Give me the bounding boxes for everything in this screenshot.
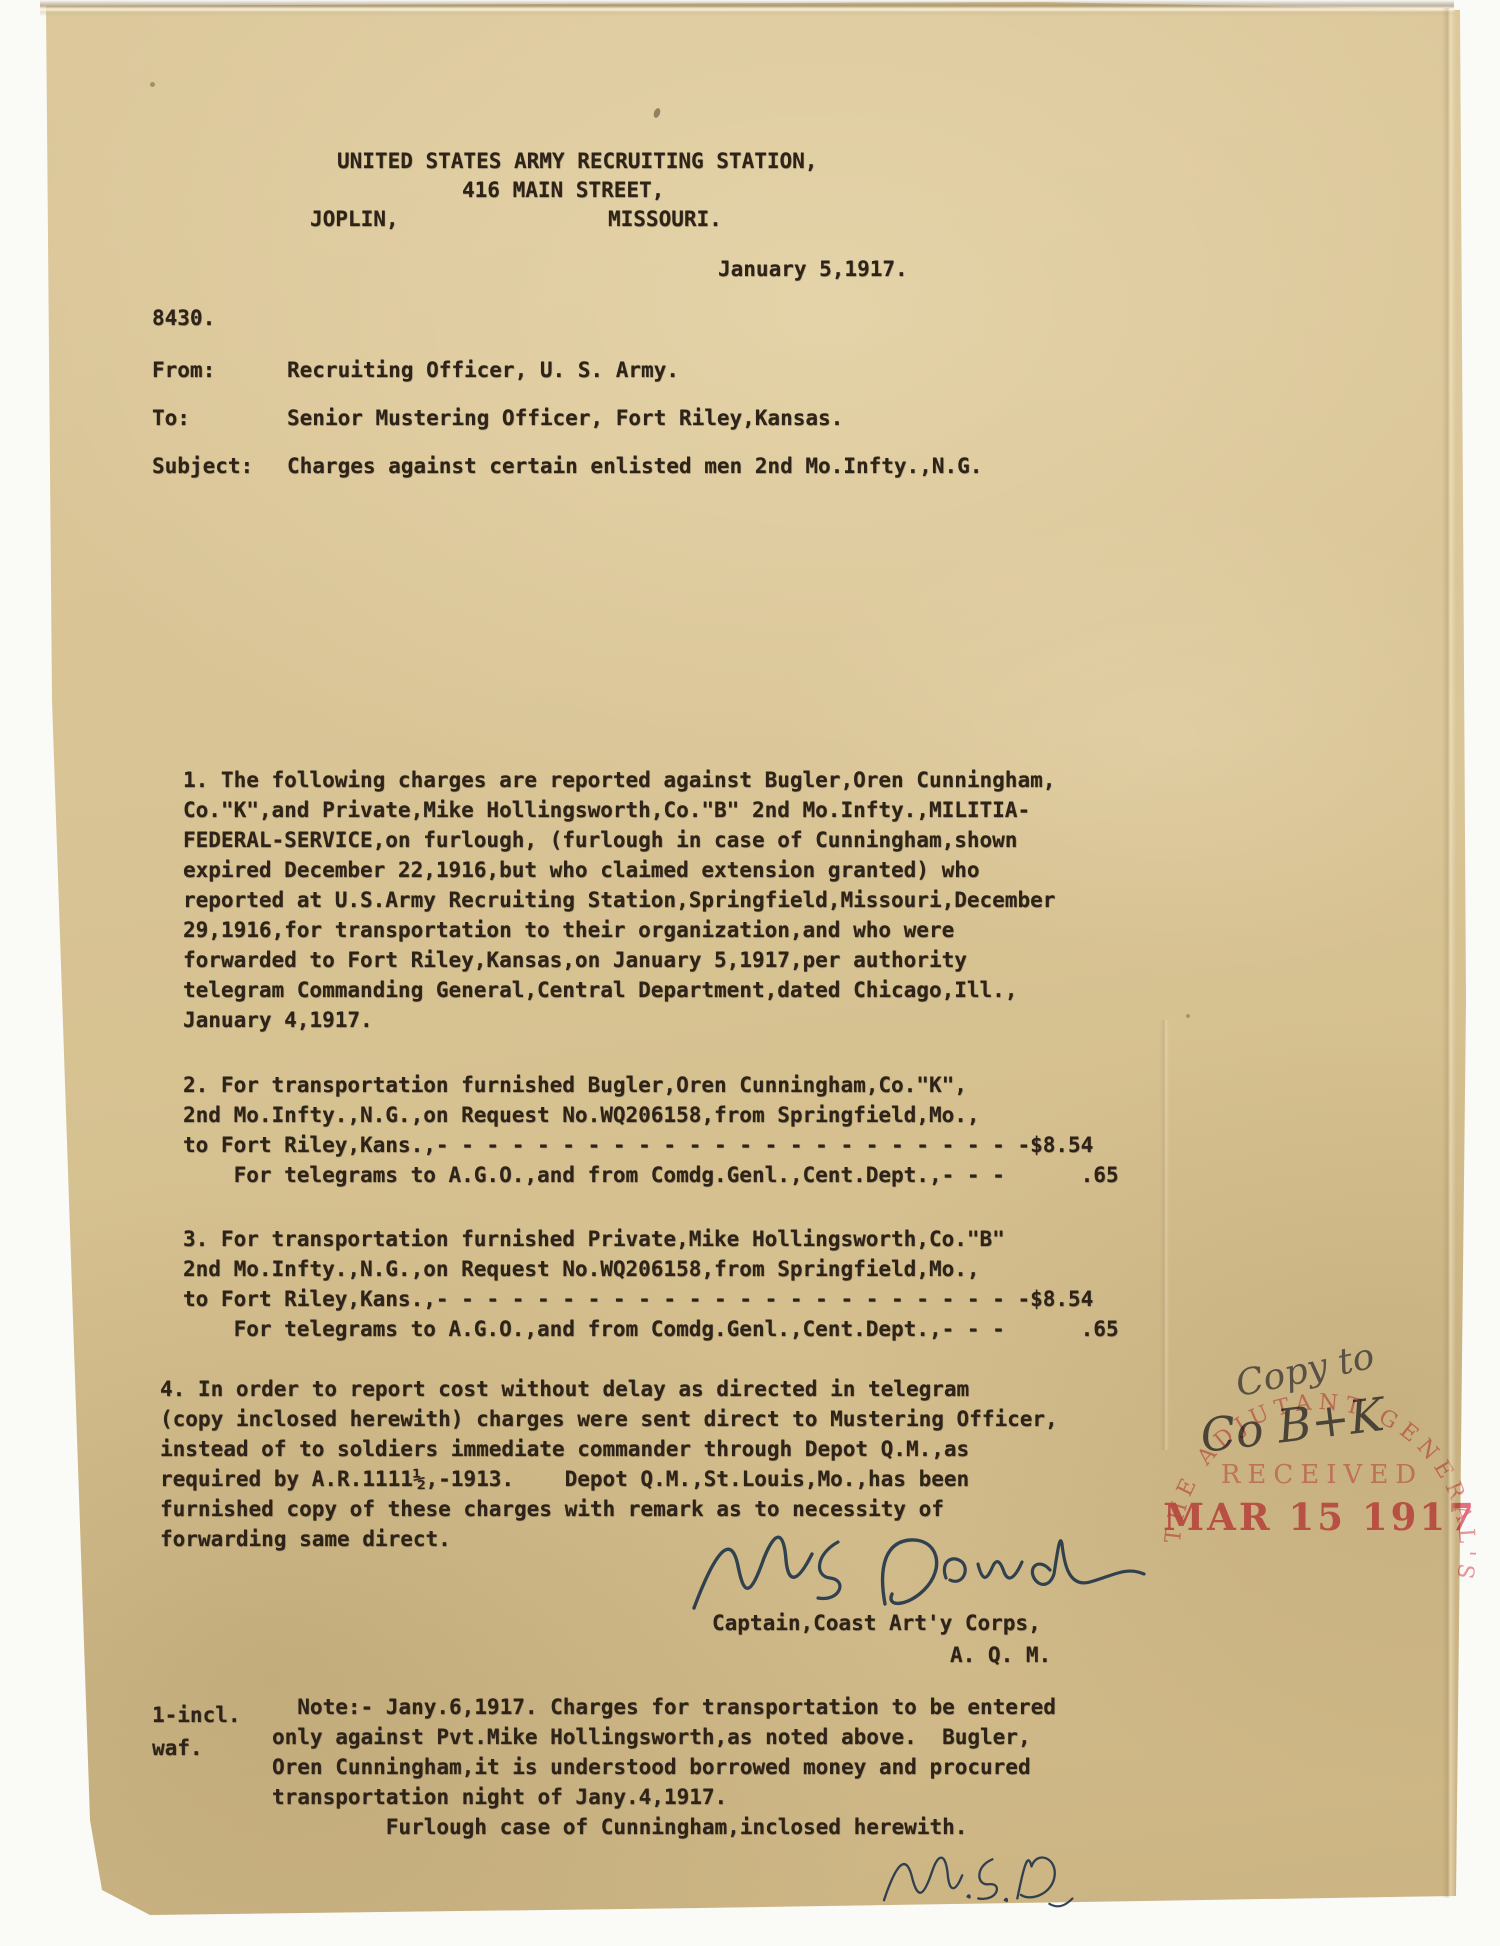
date-line: January 5,1917. [718, 254, 908, 284]
typist-initials: waf. [152, 1733, 203, 1763]
signer-office: A. Q. M. [950, 1640, 1051, 1670]
stamp-date-text: MAR 15 1917 [1163, 1495, 1477, 1539]
note-block: Note:- Jany.6,1917. Charges for transpor… [272, 1692, 1056, 1842]
subject-value: Charges against certain enlisted men 2nd… [287, 451, 982, 481]
subject-label: Subject: [152, 451, 253, 481]
initials-script [860, 1838, 1100, 1918]
to-label: To: [152, 403, 190, 433]
scanned-letter: UNITED STATES ARMY RECRUITING STATION, 4… [0, 0, 1500, 1946]
letterhead-city: JOPLIN, [310, 204, 399, 234]
paragraph-1: 1. The following charges are reported ag… [183, 765, 1055, 1035]
stamp-received-text: RECEIVED [1221, 1460, 1423, 1490]
to-value: Senior Mustering Officer, Fort Riley,Kan… [287, 403, 843, 433]
signer-title: Captain,Coast Art'y Corps, [712, 1608, 1041, 1638]
received-stamp: THE ADJUTANT GENERAL'S OFFICE RECEIVED M… [1150, 1340, 1490, 1660]
letterhead-line-2: 416 MAIN STREET, [462, 175, 664, 205]
letterhead-state: MISSOURI. [608, 204, 722, 234]
enclosure-count: 1-incl. [152, 1700, 241, 1730]
letterhead-line-1: UNITED STATES ARMY RECRUITING STATION, [337, 146, 817, 176]
reference-number: 8430. [152, 303, 215, 333]
from-value: Recruiting Officer, U. S. Army. [287, 355, 679, 385]
paragraph-2: 2. For transportation furnished Bugler,O… [183, 1070, 1119, 1190]
from-label: From: [152, 355, 215, 385]
paragraph-3: 3. For transportation furnished Private,… [183, 1224, 1119, 1344]
